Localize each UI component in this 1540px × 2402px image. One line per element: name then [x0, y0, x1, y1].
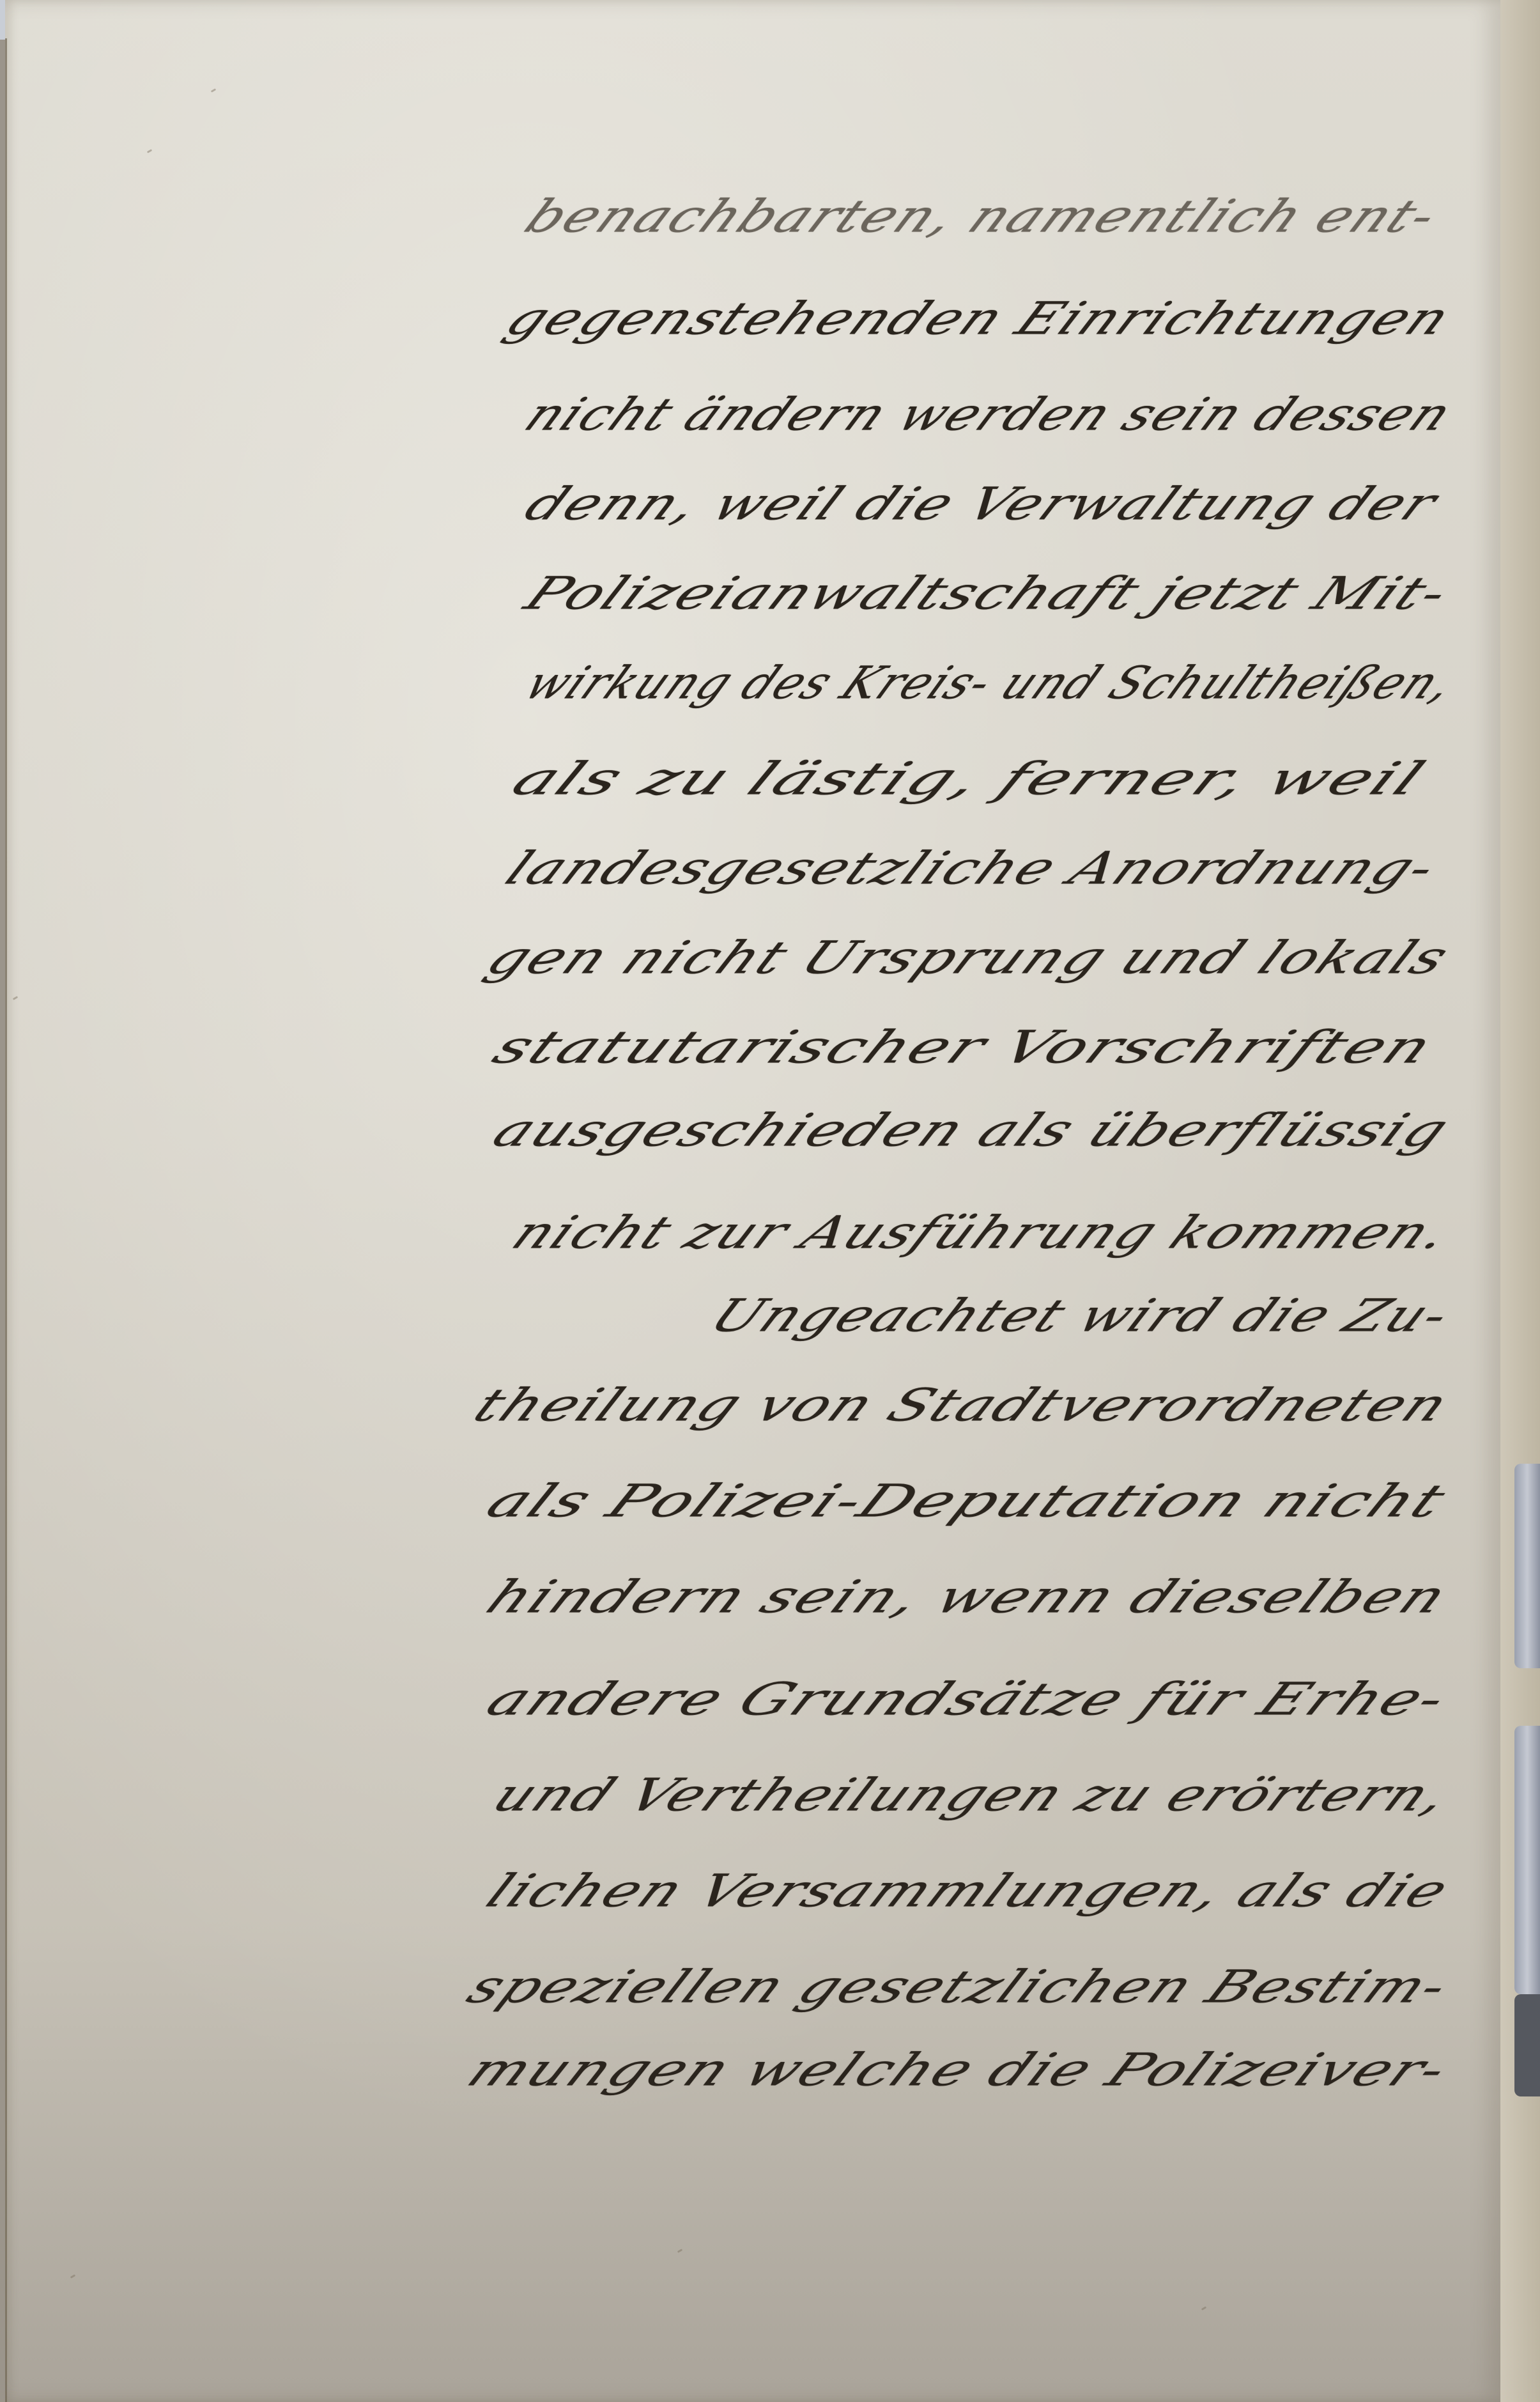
manuscript-line: speziellen gesetzlichen Bestim-	[460, 1965, 1458, 2010]
manuscript-line: statutarischer Vorschriften	[486, 1025, 1442, 1070]
manuscript-line: Ungeachtet wird die Zu-	[703, 1294, 1459, 1338]
manuscript-line: lichen Versammlungen, als die	[479, 1869, 1458, 1914]
manuscript-line: ausgeschieden als überflüssig	[486, 1108, 1458, 1153]
manuscript-line: Polizeianwaltschaft jetzt Mit-	[518, 571, 1458, 616]
manuscript-line: mungen welche die Polizeiver-	[460, 2048, 1457, 2093]
page-left-edge	[5, 38, 7, 2402]
manuscript-page	[5, 0, 1500, 2402]
manuscript-line: als Polizei-Deputation nicht	[479, 1479, 1454, 1524]
manuscript-line: gen nicht Ursprung und lokals	[479, 936, 1458, 980]
cloth-fold	[1514, 1464, 1540, 1592]
manuscript-line: andere Grundsätze für Erhe-	[479, 1677, 1456, 1722]
manuscript-line: als zu lästig, ferner, weil	[505, 757, 1433, 802]
manuscript-line: nicht zur Ausführung kommen.	[505, 1211, 1459, 1255]
manuscript-line: und Vertheilungen zu erörtern,	[486, 1773, 1459, 1818]
manuscript-line: gegenstehenden Einrichtungen	[498, 297, 1459, 341]
manuscript-line: denn, weil die Verwaltung der	[518, 482, 1446, 527]
manuscript-line: landesgesetzliche Anordnung-	[498, 846, 1445, 891]
manuscript-line: nicht ändern werden sein dessen	[518, 392, 1461, 437]
manuscript-line: benachbarten, namentlich ent-	[518, 194, 1446, 239]
manuscript-line: hindern sein, wenn dieselben	[479, 1575, 1456, 1620]
manuscript-line: theilung von Stadtverordneten	[466, 1383, 1458, 1428]
cloth-fold	[1514, 1579, 1540, 1668]
manuscript-line: wirkung des Kreis- und Schultheißen,	[518, 661, 1464, 706]
cloth-shadow	[1514, 1994, 1540, 2096]
cloth-fold	[1514, 1726, 1540, 1994]
